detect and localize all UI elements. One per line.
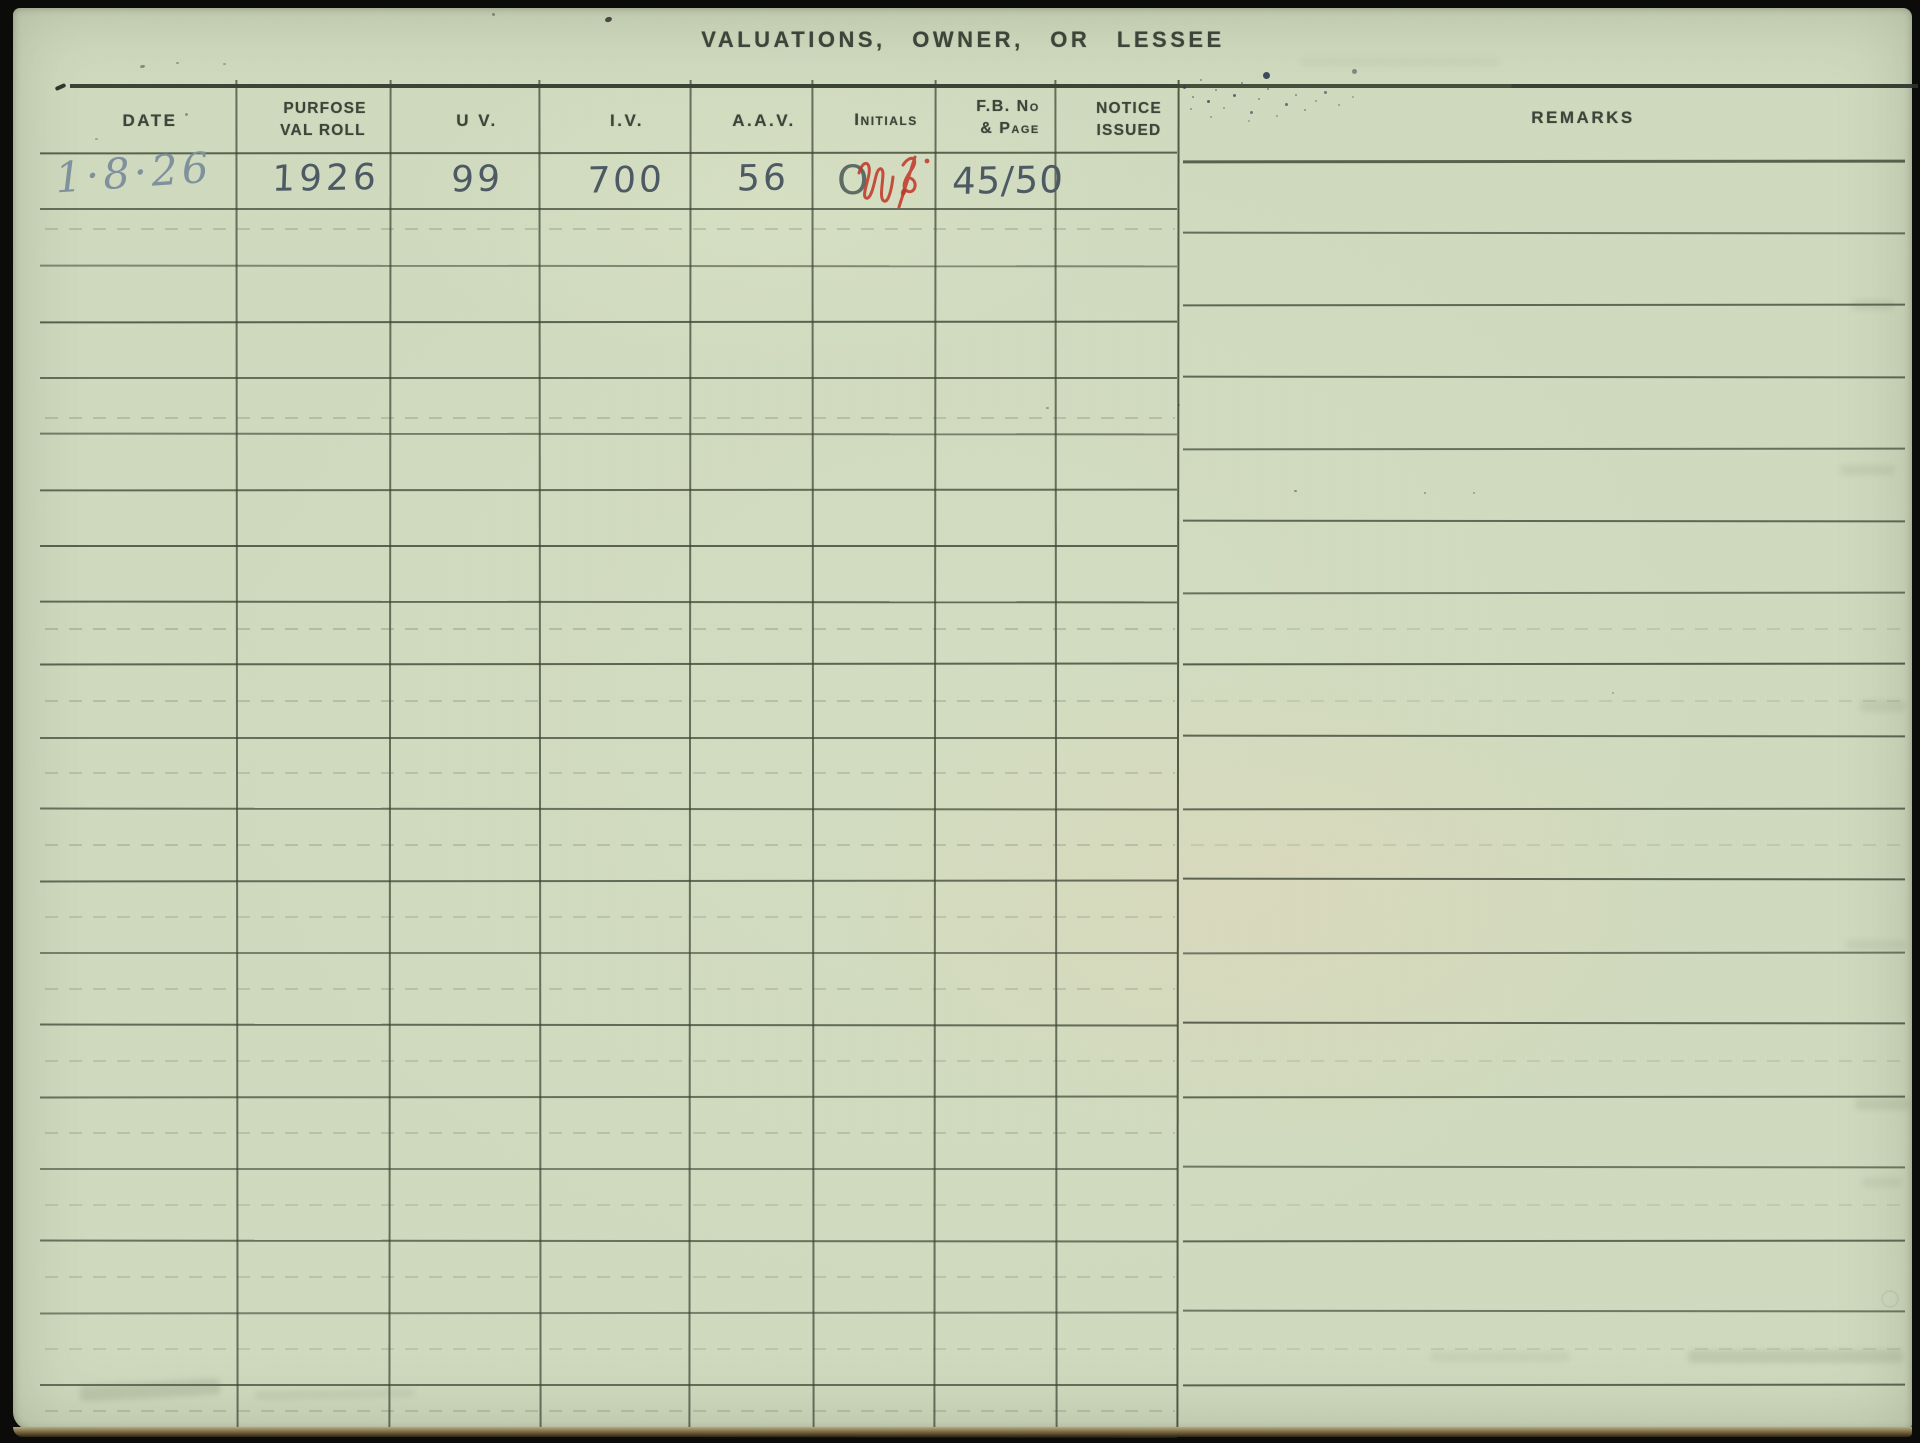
scan-smudge	[1688, 1350, 1903, 1363]
entry-aav-handwritten: 56	[701, 157, 825, 200]
ink-speck	[1294, 490, 1297, 492]
scan-smudge	[1852, 300, 1894, 310]
ruled-line-horizontal	[1183, 1166, 1905, 1169]
card-bottom-edge	[13, 1427, 1912, 1437]
ink-speck	[1295, 94, 1297, 96]
ruled-line-faint-dashed	[45, 772, 1175, 774]
ink-speck	[1200, 79, 1202, 81]
ruled-line-faint-dashed	[45, 628, 1175, 630]
scan-ring-mark	[1881, 1290, 1899, 1308]
column-header-fb-line1: F.B. No	[976, 98, 1040, 116]
entry-uv-handwritten: 99	[401, 158, 553, 202]
ink-speck	[1338, 104, 1340, 106]
ink-speck	[185, 113, 188, 116]
ruled-line-horizontal	[40, 1312, 1177, 1315]
ruled-line-faint-dashed	[45, 1060, 1175, 1062]
ruled-line-faint-dashed	[45, 844, 1175, 846]
ink-speck	[604, 16, 612, 23]
ruled-line-faint-dashed	[45, 988, 1175, 990]
ruled-line-horizontal	[40, 880, 1177, 883]
column-header-date: DATE	[122, 111, 177, 131]
ruled-line-horizontal	[1183, 663, 1905, 666]
ruled-line-horizontal	[1183, 1240, 1905, 1243]
column-header-notice-line1: NOTICE	[1096, 100, 1162, 118]
ink-speck	[1215, 89, 1217, 91]
ruled-line-horizontal	[1183, 878, 1905, 881]
entry-fb-no-page-handwritten: 45/50	[948, 158, 1068, 203]
ink-speck	[1612, 692, 1614, 694]
ruled-line-horizontal	[1183, 592, 1905, 595]
ruled-line-faint-dashed	[45, 1276, 1175, 1278]
ruled-line-horizontal	[1183, 808, 1905, 811]
ink-speck	[1315, 100, 1317, 102]
ruled-line-horizontal	[40, 265, 1177, 268]
ruled-line-faint-dashed	[1191, 1204, 1901, 1206]
ink-speck	[1258, 98, 1260, 100]
ink-speck	[1178, 404, 1180, 406]
ruled-line-faint-dashed	[1191, 844, 1901, 846]
ruled-line-horizontal	[1183, 1096, 1905, 1099]
ruled-line-horizontal	[1183, 952, 1905, 955]
ruled-line-horizontal	[1183, 1310, 1905, 1313]
ruled-line-faint-dashed	[45, 916, 1175, 918]
header-top-rule	[70, 84, 1918, 88]
ruled-line-horizontal	[40, 1096, 1177, 1099]
ink-speck	[1276, 115, 1278, 117]
column-header-purpose-line1: PURFOSE	[283, 100, 366, 118]
ruled-line-horizontal	[40, 321, 1177, 324]
scan-smudge	[1862, 1178, 1902, 1187]
ruled-line-horizontal	[1183, 520, 1905, 523]
ink-speck	[1352, 69, 1357, 74]
ruled-line-horizontal	[40, 208, 1177, 210]
column-divider-vertical	[811, 80, 814, 1432]
column-header-iv: I.V.	[610, 111, 644, 131]
ink-speck	[1473, 492, 1475, 494]
column-header-initials: Initials	[854, 110, 917, 130]
column-header-uv: U V.	[456, 111, 498, 131]
entry-iv-handwritten: 700	[551, 159, 701, 203]
ink-speck	[223, 63, 226, 65]
ruled-line-horizontal	[1183, 1384, 1905, 1387]
entry-val-roll-handwritten: 1926	[250, 157, 402, 201]
ink-speck	[1267, 88, 1269, 90]
ruled-line-horizontal	[40, 433, 1177, 436]
ruled-line-horizontal	[40, 1240, 1177, 1243]
column-divider-vertical	[538, 80, 541, 1432]
ink-speck	[1207, 100, 1210, 103]
ruled-line-faint-dashed	[45, 228, 1175, 230]
ink-speck	[1241, 82, 1243, 84]
column-divider-vertical	[235, 80, 238, 1432]
ink-speck	[1192, 96, 1194, 98]
document-card: VALUATIONS, OWNER, OR LESSEE DATE PURFOS…	[13, 8, 1912, 1430]
ruled-line-horizontal	[1183, 376, 1905, 379]
ruled-line-horizontal	[1183, 735, 1905, 738]
scan-smudge	[1300, 58, 1500, 66]
ink-speck	[1352, 96, 1354, 98]
ink-speck	[1424, 492, 1426, 494]
ruled-line-horizontal	[1183, 304, 1905, 307]
ruled-line-faint-dashed	[1191, 1060, 1901, 1062]
ruled-line-faint-dashed	[1191, 628, 1901, 630]
ruled-line-faint-dashed	[45, 1132, 1175, 1134]
ink-speck	[95, 138, 98, 140]
ink-speck	[1046, 407, 1049, 409]
column-divider-vertical	[388, 80, 391, 1432]
ink-speck	[1233, 94, 1236, 97]
ruled-line-horizontal	[1183, 160, 1905, 164]
column-header-purpose-line2: VAL ROLL	[280, 122, 366, 140]
ruled-line-horizontal	[1183, 448, 1905, 451]
ink-speck	[1223, 107, 1225, 109]
entry-initials-red-scribble-icon	[851, 149, 937, 215]
ruled-line-faint-dashed	[45, 1348, 1175, 1350]
ruled-line-horizontal	[1183, 1022, 1905, 1025]
ink-speck	[1248, 120, 1250, 122]
page-title: VALUATIONS, OWNER, OR LESSEE	[701, 27, 1224, 53]
ink-speck	[176, 62, 179, 64]
column-header-remarks: REMARKS	[1531, 108, 1634, 128]
ruled-line-horizontal	[40, 663, 1177, 666]
ink-speck	[1285, 103, 1288, 106]
ink-tick-mark	[55, 83, 67, 91]
ruled-line-horizontal	[40, 808, 1177, 811]
ruled-line-horizontal	[40, 1168, 1177, 1170]
ruled-line-horizontal	[40, 377, 1177, 379]
ruled-line-faint-dashed	[45, 417, 1175, 419]
ink-speck	[1183, 86, 1186, 89]
scan-smudge	[1846, 940, 1906, 950]
scan-smudge	[255, 1389, 415, 1400]
ruled-line-faint-dashed	[45, 700, 1175, 702]
column-header-aav: A.A.V.	[732, 111, 796, 131]
scan-smudge	[80, 1378, 221, 1401]
ink-speck	[492, 13, 495, 16]
ink-speck	[1304, 109, 1306, 111]
ruled-line-horizontal	[40, 489, 1177, 492]
entry-date-handwritten: 1·8·26	[53, 143, 214, 203]
ink-speck	[1210, 116, 1212, 118]
column-divider-vertical	[688, 80, 691, 1432]
ruled-line-faint-dashed	[45, 1410, 1175, 1412]
column-divider-vertical	[1054, 80, 1057, 1432]
ruled-line-horizontal	[1183, 232, 1905, 235]
ruled-line-faint-dashed	[1191, 700, 1901, 702]
ink-speck	[1250, 111, 1253, 114]
scan-smudge	[1840, 465, 1895, 475]
column-header-notice-line2: ISSUED	[1097, 122, 1162, 140]
ruled-line-horizontal	[40, 952, 1177, 954]
scan-smudge	[1855, 1098, 1910, 1110]
ruled-line-faint-dashed	[45, 1204, 1175, 1206]
ink-speck	[140, 65, 145, 69]
scan-smudge	[1430, 1352, 1570, 1361]
column-divider-vertical	[933, 80, 936, 1432]
column-header-fb-line2: & Page	[980, 120, 1040, 138]
ruled-line-horizontal	[40, 1024, 1177, 1027]
ink-speck	[1324, 91, 1327, 94]
scanned-card-stage: VALUATIONS, OWNER, OR LESSEE DATE PURFOS…	[0, 0, 1920, 1443]
scan-smudge	[1860, 700, 1905, 712]
ruled-line-horizontal	[40, 545, 1177, 547]
ruled-line-horizontal	[40, 601, 1177, 604]
ink-speck	[1263, 72, 1270, 79]
column-divider-vertical	[1176, 80, 1179, 1432]
ruled-line-horizontal	[40, 737, 1177, 739]
ink-speck	[1190, 108, 1192, 110]
